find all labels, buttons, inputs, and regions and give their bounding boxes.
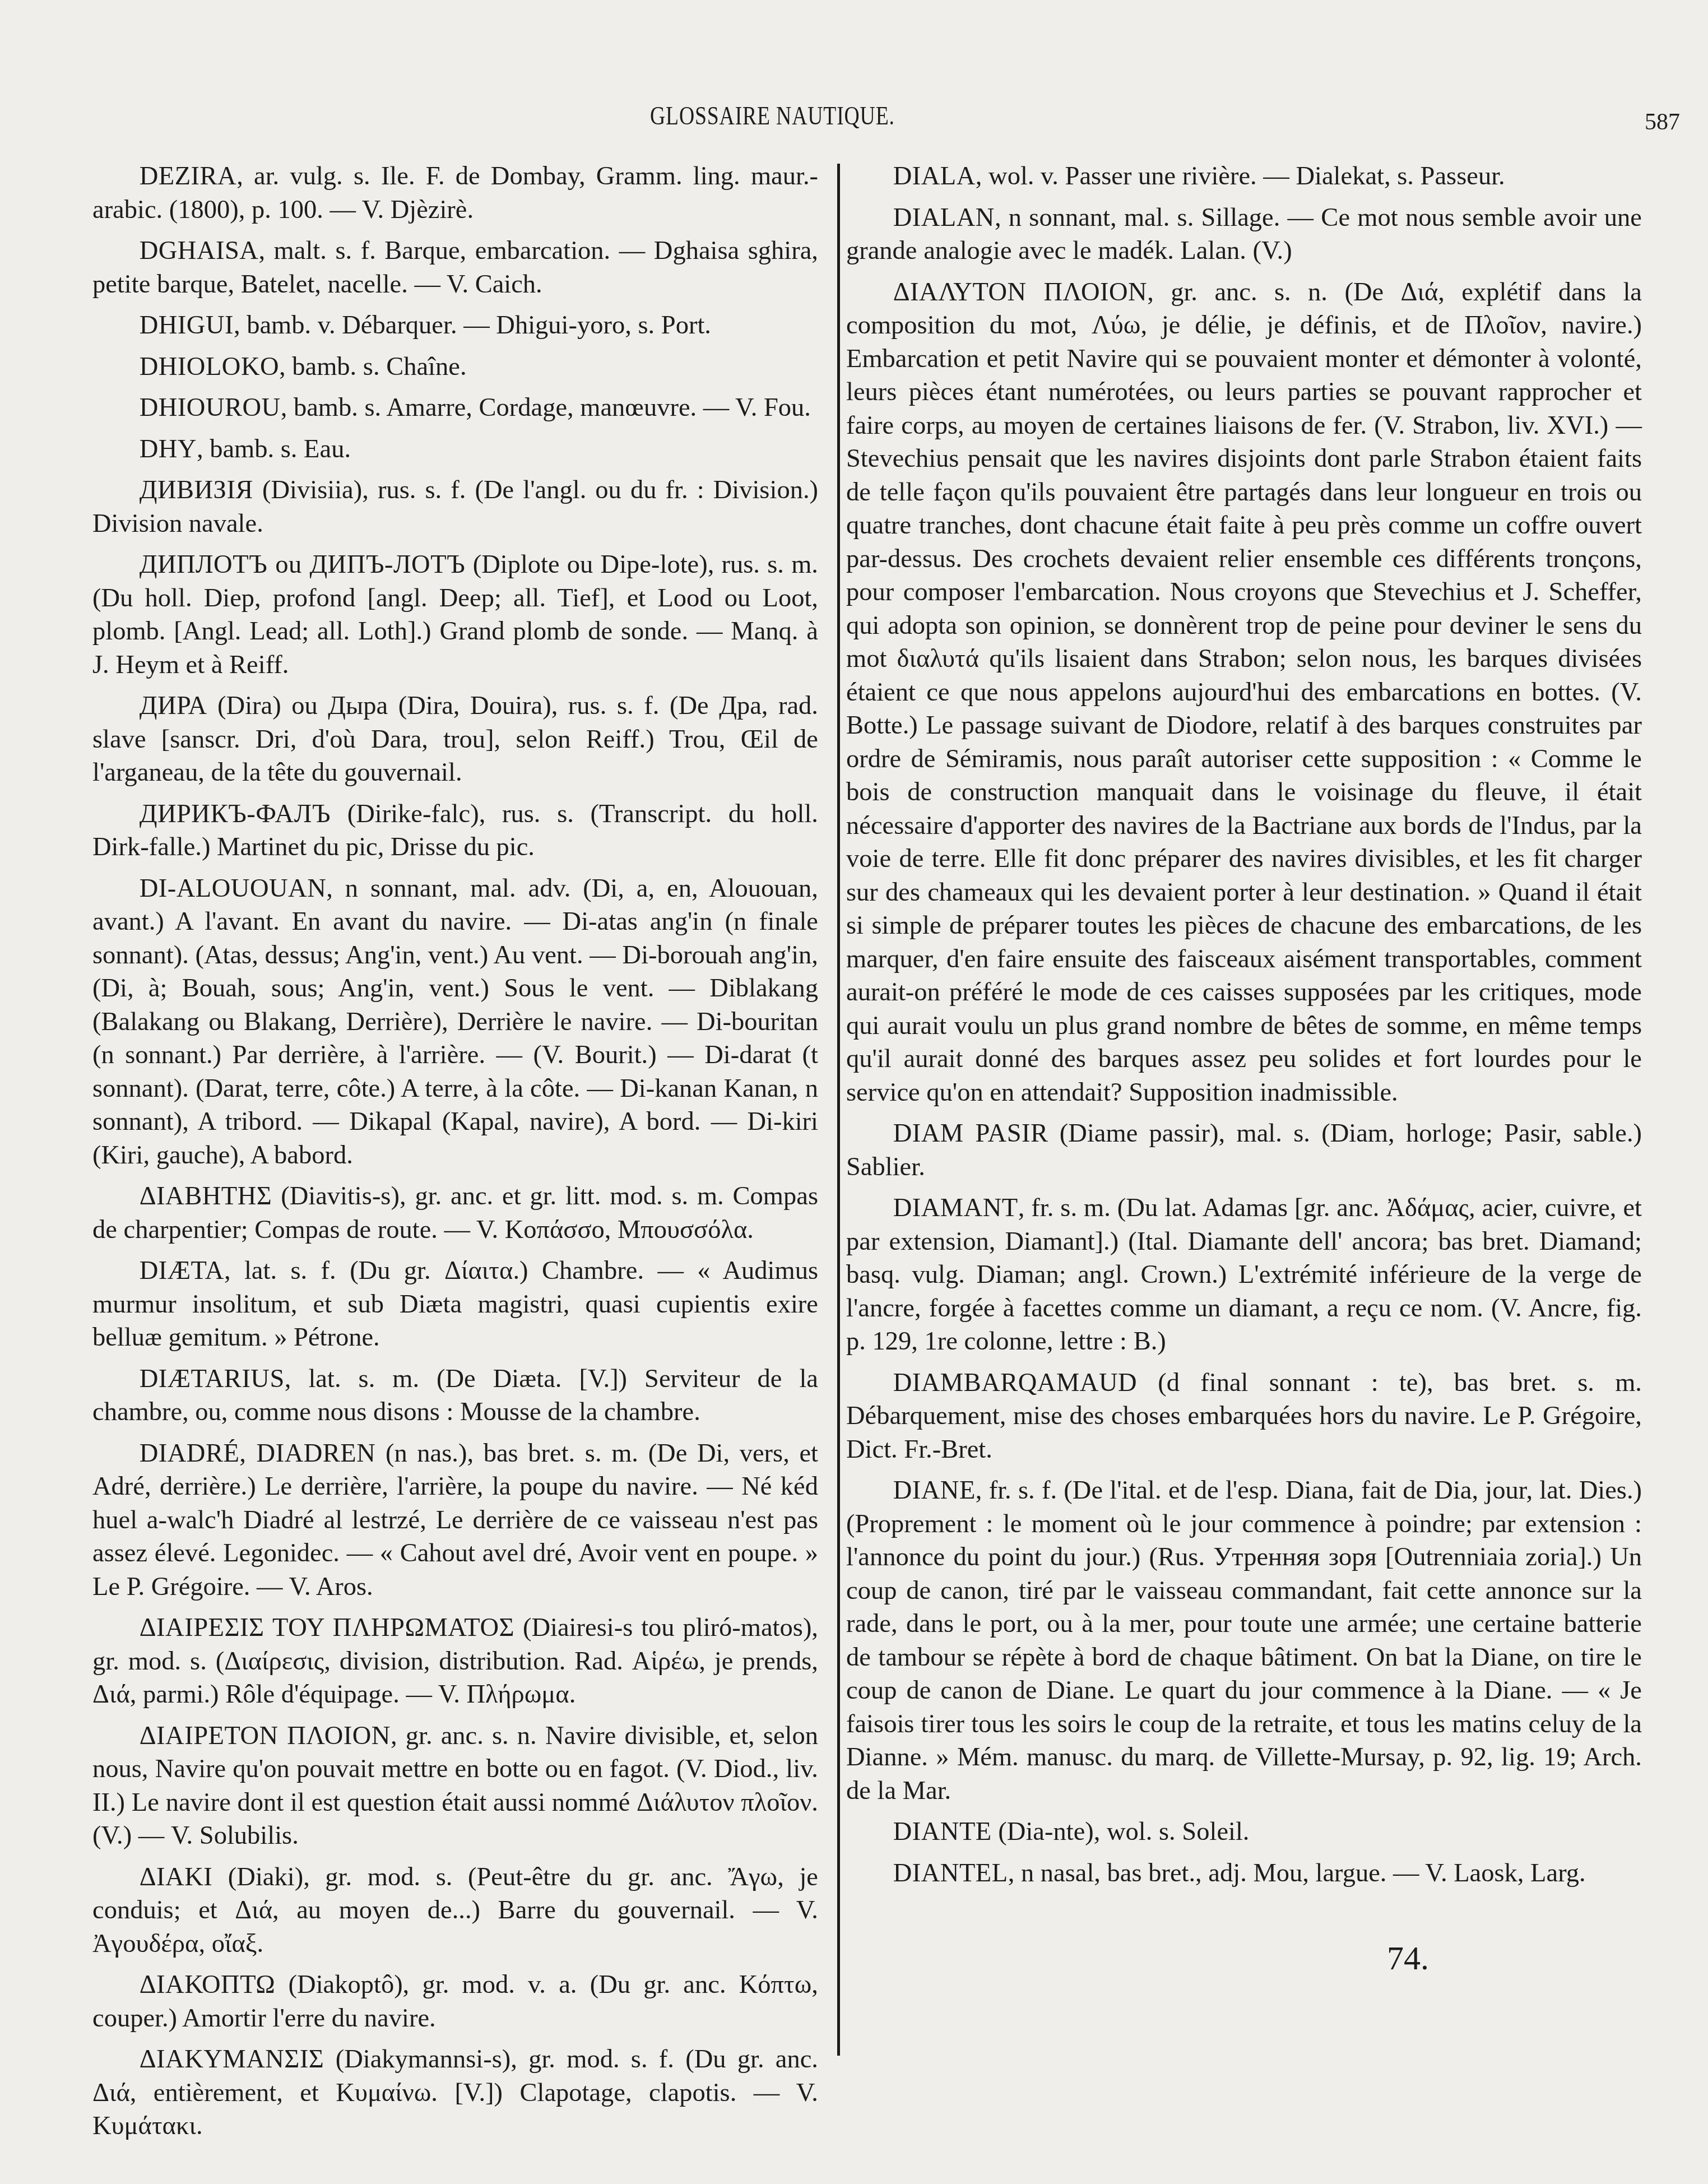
glossary-entry: DIAM PASIR (Diame passir), mal. s. (Diam… [846,1117,1642,1184]
glossary-entry: ΔΙΑΚΙ (Diaki), gr. mod. s. (Peut-être du… [92,1861,818,1961]
running-title: GLOSSAIRE NAUTIQUE. [650,101,895,131]
left-column: DEZIRA, ar. vulg. s. Ile. F. de Dombay, … [92,160,818,2151]
headword: ΔΙΑΚΥΜΑΝΣΙΣ [140,2045,324,2074]
headword: DHIOLOKO [140,353,279,381]
definition: , wol. v. Passer une rivière. — Dialekat… [976,162,1505,191]
definition: , fr. s. f. (De l'ital. et de l'esp. Dia… [846,1476,1642,1805]
headword: DIÆTA [140,1256,224,1285]
glossary-entry: DIANTEL, n nasal, bas bret., adj. Mou, l… [846,1857,1642,1890]
glossary-entry: DHIOLOKO, bamb. s. Chaîne. [92,350,818,384]
column-divider [837,164,840,2056]
page-number: 587 [1645,109,1680,136]
definition: , n nasal, bas bret., adj. Mou, largue. … [1008,1859,1586,1888]
glossary-entry: DIALA, wol. v. Passer une rivière. — Dia… [846,160,1642,193]
headword: ΔΙΑΒΗΤΗΣ [140,1182,272,1211]
definition: , n sonnant, mal. adv. (Di, a, en, Alouo… [92,874,818,1170]
headword: ΔΙΑΙΡΕΤΟΝ ΠΛΟΙΟΝ [140,1722,391,1750]
glossary-entry: DIÆTARIUS, lat. s. m. (De Diæta. [V.]) S… [92,1362,818,1429]
glossary-entry: DIAMANT, fr. s. m. (Du lat. Adamas [gr. … [846,1191,1642,1358]
glossary-entry: DIÆTA, lat. s. f. (Du gr. Δίαιτα.) Chamb… [92,1254,818,1355]
page-header: GLOSSAIRE NAUTIQUE. 587 [0,101,1708,146]
headword: ΔΙΑΚΙ [140,1863,213,1891]
headword: ДИРИКЪ-ФАЛЪ [140,800,331,828]
headword: DIANTEL [893,1859,1008,1888]
definition: (Dia-nte), wol. s. Soleil. [992,1817,1250,1846]
glossary-entry: ΔΙΑΚΟΠΤΩ (Diakoptô), gr. mod. v. a. (Du … [92,1968,818,2035]
headword: DHY [140,435,197,463]
headword: DI-ALOUOUAN [140,874,327,903]
definition: , bamb. s. Amarre, Cordage, manœuvre. — … [281,393,811,422]
definition: , bamb. s. Chaîne. [279,353,467,381]
headword: DIÆTARIUS [140,1365,285,1393]
glossary-entry: DIANTE (Dia-nte), wol. s. Soleil. [846,1815,1642,1849]
glossary-entry: DHY, bamb. s. Eau. [92,433,818,466]
glossary-entry: DGHAISA, malt. s. f. Barque, embarcation… [92,234,818,301]
headword: ДИВИЗІЯ [140,476,253,504]
headword: DIALA [893,162,976,191]
definition: , bamb. v. Débarquer. — Dhigui-yoro, s. … [234,311,711,340]
glossary-entry: ΔΙΑΒΗΤΗΣ (Diavitis-s), gr. anc. et gr. l… [92,1180,818,1246]
headword: DGHAISA [140,237,259,265]
headword: ΔΙΑΙΡΕΣΙΣ ΤΟΥ ΠΛΗΡΩΜΑΤΟΣ [140,1613,514,1642]
headword: DIAM PASIR [893,1119,1048,1148]
glossary-entry: DIALAN, n sonnant, mal. s. Sillage. — Ce… [846,201,1642,268]
glossary-entry: DHIOUROU, bamb. s. Amarre, Cordage, manœ… [92,391,818,425]
glossary-entry: DI-ALOUOUAN, n sonnant, mal. adv. (Di, a… [92,872,818,1172]
glossary-entry: DIADRÉ, DIADREN (n nas.), bas bret. s. m… [92,1437,818,1604]
headword: DHIOUROU [140,393,281,422]
headword: ДИПЛОТЪ ou ДИПЪ-ЛОТЪ [140,550,466,579]
headword: DIAMANT [893,1194,1018,1222]
glossary-entry: ΔΙΑΙΡΕΤΟΝ ΠΛΟΙΟΝ, gr. anc. s. n. Navire … [92,1719,818,1853]
headword: DIADRÉ, DIADREN [140,1439,376,1468]
glossary-entry: ДИПЛОТЪ ou ДИПЪ-ЛОТЪ (Diplote ou Dipe-lo… [92,548,818,681]
glossary-entry: ДИВИЗІЯ (Divisiia), rus. s. f. (De l'ang… [92,474,818,540]
headword: ΔΙΑΛΥΤΟΝ ΠΛΟΙΟΝ [893,278,1147,307]
headword: ΔΙΑΚΟΠΤΩ [140,1970,276,1999]
glossary-entry: ДИРА (Dira) ou Дыра (Dira, Douira), rus.… [92,689,818,790]
glossary-entry: DIANE, fr. s. f. (De l'ital. et de l'esp… [846,1474,1642,1807]
glossary-entry: DEZIRA, ar. vulg. s. Ile. F. de Dombay, … [92,160,818,226]
definition: , bamb. s. Eau. [197,435,351,463]
signature-mark: 74. [1387,1939,1429,1978]
right-column: DIALA, wol. v. Passer une rivière. — Dia… [846,160,1642,1898]
headword: DIANE [893,1476,976,1505]
headword: DHIGUI [140,311,234,340]
glossary-entry: ΔΙΑΛΥΤΟΝ ΠΛΟΙΟΝ, gr. anc. s. n. (De Διά,… [846,276,1642,1110]
headword: DIALAN [893,203,995,232]
definition: , gr. anc. s. n. (De Διά, explétif dans … [846,278,1642,1107]
glossary-entry: ΔΙΑΙΡΕΣΙΣ ΤΟΥ ΠΛΗΡΩΜΑΤΟΣ (Diairesi-s tou… [92,1611,818,1712]
glossary-entry: DIAMBARQAMAUD (d final sonnant : te), ba… [846,1366,1642,1467]
glossary-entry: ΔΙΑΚΥΜΑΝΣΙΣ (Diakymannsi-s), gr. mod. s.… [92,2043,818,2143]
glossary-entry: DHIGUI, bamb. v. Débarquer. — Dhigui-yor… [92,309,818,342]
glossary-entry: ДИРИКЪ-ФАЛЪ (Dirike-falc), rus. s. (Tran… [92,797,818,864]
headword: DIANTE [893,1817,992,1846]
headword: DIAMBARQAMAUD [893,1369,1137,1397]
headword: DEZIRA [140,162,236,191]
headword: ДИРА [140,692,207,720]
